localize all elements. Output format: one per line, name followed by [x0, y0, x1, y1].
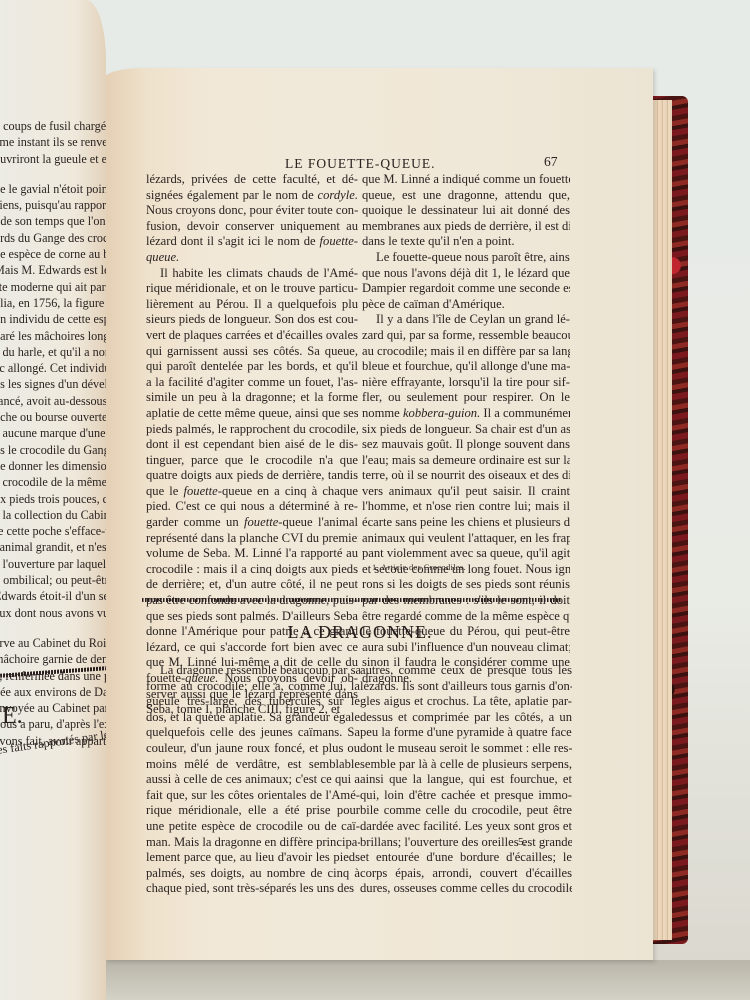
text-line: de derrière; et, d'un autre côté, il ne … — [146, 577, 358, 593]
text-line: e la collection du Cabinet du — [0, 507, 106, 523]
text-line: Dampier regardoit comme une seconde es- — [362, 281, 570, 297]
section-divider-rule — [142, 598, 562, 602]
text-line: paré les mâchoires longues — [0, 328, 106, 344]
text-line: six pieds de longueur. Sa chair est d'un… — [362, 422, 570, 438]
text-line: simile un peu à la dragonne; et la forme — [146, 390, 358, 406]
left-facing-page: x coups de fusil chargé à balleême insta… — [0, 0, 106, 1000]
text-line: dont le museau seroit le sommet : elle r… — [360, 741, 572, 757]
text-line: ciens, puisqu'au rapport d'É — [0, 197, 106, 213]
text-line: l'animal grandit, et n'est-elle — [0, 539, 106, 555]
text-line: nomme kobbera-guion. Il a communément — [362, 406, 570, 422]
text-line: Nous croyons donc, pour éviter toute con… — [146, 203, 358, 219]
text-line: c du harle, et qu'il a nommé — [0, 344, 106, 360]
text-line: qui garnissent aussi ses côtés. Sa queue… — [146, 344, 358, 360]
text-line: dardée avec facilité. Les yeux sont gros… — [360, 819, 572, 835]
text-line: l'homme, et n'ose rien contre lui; mais … — [362, 499, 570, 515]
text-line: re cette poche s'efface-t-elle — [0, 523, 106, 539]
text-line: lézards. Ils sont d'ailleurs tous garnis… — [360, 679, 572, 695]
text-line: quelquefois celle des jeunes caïmans. Sa — [146, 725, 360, 741]
table-surface — [100, 960, 750, 1000]
text-line: Edwards étoit-il d'un sexe — [0, 588, 106, 604]
text-line: ec allongé. Cet individu, q — [0, 360, 106, 376]
text-line: x coups de fusil chargé à balle — [0, 118, 106, 134]
column-lower-left: La dragonne ressemble beaucoup par safor… — [146, 663, 360, 897]
text-line: eux dont nous avons vu le dé — [0, 605, 106, 621]
text-line: bleue et fourchue, qu'il allonge d'une m… — [362, 359, 570, 375]
text-line: tinguer, parce que le crocodile n'a que — [146, 453, 358, 469]
text-line: fait que, sur les côtes orientales de l'… — [146, 788, 360, 804]
section-title: LA DRAGONNE. — [140, 622, 580, 643]
text-line: qui, loin d'être cachée et presque immo- — [360, 788, 572, 804]
text-line: dures, osseuses comme celles du crocodil… — [360, 881, 572, 897]
text-line: rique méridionale, et on le trouve parti… — [146, 281, 358, 297]
text-line: autres, comme ceux de presque tous les — [360, 663, 572, 679]
text-line: forme au crocodile; elle a, comme lui, l… — [146, 679, 360, 695]
text-line: représenté dans la planche CVI du premie… — [146, 531, 358, 547]
text-line: e crocodile de la même espèce — [0, 474, 106, 490]
left-page-text-upper: x coups de fusil chargé à balleême insta… — [0, 118, 106, 749]
text-line: aussi à celle de ces animaux; c'est ce q… — [146, 772, 360, 788]
text-line: semble par là à celle de plusieurs serpe… — [360, 757, 572, 773]
text-line: oche ou bourse ouverte. Nous — [0, 409, 106, 425]
text-line: ne espèce de corne au bout — [0, 246, 106, 262]
text-line: rique méridionale, elle a été prise pour — [146, 803, 360, 819]
text-line: ainsi que la langue, qui est fourchue, e… — [360, 772, 572, 788]
text-line: au crocodile; mais il en diffère par sa … — [362, 344, 570, 360]
text-line: ue le gavial n'étoit point i — [0, 181, 106, 197]
text-line: n ombilical; ou peut-être l'in — [0, 572, 106, 588]
left-page-heading-fragment: E. — [2, 703, 23, 730]
text-line: qui paroît dentelée par les bords, et qu… — [146, 359, 358, 375]
text-line: Mais M. Edwards est le pre — [0, 262, 106, 278]
text-line: que nous l'avons déjà dit 1, le lézard q… — [362, 266, 570, 282]
text-line: queue, est une dragonne, attendu que, — [362, 188, 570, 204]
text-line: dans le texte qu'il n'en a point. — [362, 234, 570, 250]
text-line: une petite espèce de crocodile ou de caï… — [146, 819, 360, 835]
text-line: palmés, ses doigts, au nombre de cinq à — [146, 866, 360, 882]
text-line: man. Mais la dragonne en diffère princip… — [146, 835, 360, 851]
text-line: Le fouette-queue nous paroît être, ainsi — [362, 250, 570, 266]
column-lower-right: autres, comme ceux de presque tous leslé… — [360, 663, 572, 897]
text-line: volume de Seba. M. Linné l'a rapporté au — [146, 546, 358, 562]
text-line: et entourée d'une bordure d'écailles; le — [360, 850, 572, 866]
text-line: queue. — [146, 250, 358, 266]
text-line: quatre doigts aux pieds de derrière, tan… — [146, 468, 358, 484]
text-line: ême instant ils se renversent — [0, 134, 106, 150]
text-line: vert de plaques carrées et d'écailles ov… — [146, 328, 358, 344]
text-line: dessus et comprimée par les côtés, a un — [360, 710, 572, 726]
text-line: corps épais, arrondi, couvert d'écailles — [360, 866, 572, 882]
text-line: signées également par le nom de cordyle. — [146, 188, 358, 204]
text-line: vée aux environs de Dax — [0, 684, 106, 700]
text-line: ords du Gange des crocodiles — [0, 230, 106, 246]
text-line: lièrement au Pérou. Il a quelquefois plu — [146, 297, 358, 313]
text-line: ux pieds trois pouces, qui fait — [0, 491, 106, 507]
text-line: Il y a dans l'île de Ceylan un grand lé- — [362, 312, 570, 328]
signature-mark: 5. — [518, 836, 526, 848]
text-line: peu la forme d'une pyramide à quatre fac… — [360, 725, 572, 741]
text-line: mâchoire garnie de dents, — [0, 651, 106, 667]
text-line: dont il est cependant bien aisé de le di… — [146, 437, 358, 453]
text-line: a la facilité d'agiter comme un fouet, l… — [146, 375, 358, 391]
text-line: La dragonne ressemble beaucoup par sa — [146, 663, 360, 679]
text-line: Il habite les climats chauds de l'Amé- — [146, 266, 358, 282]
text-line: é aucune marque d'une poche — [0, 425, 106, 441]
text-line: écarte sans peine les chiens et plusieur… — [362, 515, 570, 531]
text-line: sez mauvais goût. Il plonge souvent dans — [362, 437, 570, 453]
text-line: lement parce que, au lieu d'avoir les pi… — [146, 850, 360, 866]
running-head: LE FOUETTE-QUEUE. — [285, 156, 435, 172]
text-line: rancé, avoit au-dessous — [0, 393, 106, 409]
text-line: fusion, devoir conserver uniquement au — [146, 219, 358, 235]
text-line: lézards, privées de cette faculté, et dé… — [146, 172, 358, 188]
text-line: pied. C'est ce qui nous a déterminé à re… — [146, 499, 358, 515]
text-line: vers animaux qu'il peut saisir. Il crain… — [362, 484, 570, 500]
text-line: ste moderne qui ait parlé de — [0, 279, 106, 295]
text-line: bile comme celle du crocodile, peut être — [360, 803, 572, 819]
text-line: fler, ou seulement pour respirer. On le — [362, 390, 570, 406]
text-line: animaux qui veulent l'attaquer, en les f… — [362, 531, 570, 547]
text-line: lézard dont il s'agit ici le nom de foue… — [146, 234, 358, 250]
text-line: pèce de caïman d'Amérique. — [362, 297, 570, 313]
text-line: pant violemment avec sa queue, qu'il agi… — [362, 546, 570, 562]
text-line: brillans; l'ouverture des oreilles est g… — [360, 835, 572, 851]
text-line: pieds palmés, le rapprochent du crocodil… — [146, 422, 358, 438]
page-number: 67 — [544, 154, 558, 170]
text-line: dos, et la queue aplatie. Sa grandeur ég… — [146, 710, 360, 726]
text-line: un individu de cette espèce — [0, 311, 106, 327]
text-line — [0, 167, 106, 181]
text-line: gueule très-large, des tubercules sur le — [146, 694, 360, 710]
text-line — [0, 621, 106, 635]
text-line: membranes aux pieds de derrière, il est … — [362, 219, 570, 235]
text-line: ouvriront la gueule et exp — [0, 151, 106, 167]
text-line: us les signes d'un développ — [0, 376, 106, 392]
column-upper-right: que M. Linné a indiqué comme un fouette-… — [362, 172, 570, 687]
footnote: 1. Article des Crocodiles. — [372, 562, 466, 572]
text-line: olia, en 1756, la figure d' — [0, 295, 106, 311]
text-line: quoique le dessinateur lui ait donné des — [362, 203, 570, 219]
text-line: que M. Linné a indiqué comme un fouette- — [362, 172, 570, 188]
text-line: l'eau; mais sa demeure ordinaire est sur… — [362, 453, 570, 469]
text-line: nière effrayante, lorsqu'il la tire pour… — [362, 375, 570, 391]
text-line: rons si les doigts de ses pieds sont réu… — [362, 577, 570, 593]
text-line: aplatie de cette même queue, ainsi que s… — [146, 406, 358, 422]
text-line: de donner les dimensions, qu — [0, 458, 106, 474]
text-line: sieurs pieds de longueur. Son dos est co… — [146, 312, 358, 328]
text-line: e l'ouverture par laquelle sort — [0, 556, 106, 572]
text-line: couleur, d'un jaune roux foncé, et plus … — [146, 741, 360, 757]
text-line: terre, où il se nourrit des oiseaux et d… — [362, 468, 570, 484]
text-line: que le fouette-queue en a cinq à chaque — [146, 484, 358, 500]
text-line: moins mêlé de verdâtre, est semblable — [146, 757, 360, 773]
text-line: crocodile : mais il a cinq doigts aux pi… — [146, 562, 358, 578]
text-line: chaque pied, sont très-séparés les uns d… — [146, 881, 360, 897]
text-line: t de son temps que l'on trou — [0, 213, 106, 229]
text-line: ns le crocodile du Gange dont — [0, 442, 106, 458]
text-line: gles aigus et crochus. La tête, aplatie … — [360, 694, 572, 710]
text-line: garder comme un fouette-queue l'animal — [146, 515, 358, 531]
text-line: zard qui, par sa forme, ressemble beauco… — [362, 328, 570, 344]
text-line: erve au Cabinet du Roi une — [0, 635, 106, 651]
